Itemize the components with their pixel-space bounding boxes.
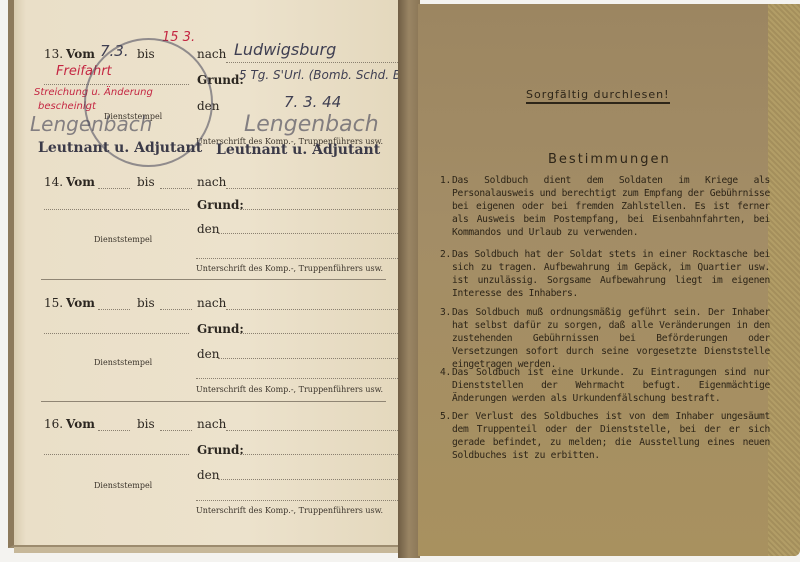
regulations-heading: Bestimmungen <box>548 152 671 167</box>
rule-text: Das Soldbuch hat der Soldat stets in ein… <box>452 249 770 299</box>
nach-label: nach <box>197 296 226 310</box>
cloth-binding-edge <box>768 4 800 556</box>
entry-number: 14. <box>44 175 63 189</box>
rule-number: 2. <box>440 248 451 261</box>
nach-label: nach <box>197 47 226 61</box>
rule-2: 2. Das Soldbuch hat der Soldat stets in … <box>452 248 770 300</box>
rule-4: 4. Das Soldbuch ist eine Urkunde. Zu Ein… <box>452 366 770 405</box>
right-page-cover: Sorgfältig durchlesen! Bestimmungen 1. D… <box>418 4 800 556</box>
vom-label: Vom <box>66 296 95 310</box>
rule-1: 1. Das Soldbuch dient dem Soldaten im Kr… <box>452 174 770 239</box>
nach-label: nach <box>197 175 226 189</box>
signature-label: Unterschrift des Komp.-, Truppenführers … <box>196 506 383 515</box>
grund-value: 5 Tg. S'Url. (Bomb. Schd. B.) <box>239 68 410 82</box>
read-carefully-title: Sorgfältig durchlesen! <box>526 88 670 104</box>
book-spine-gutter <box>398 0 420 558</box>
vom-label: Vom <box>66 417 95 431</box>
grund-label: Grund: <box>197 443 244 457</box>
stamp-label: Dienststempel <box>94 235 152 244</box>
rule-5: 5. Der Verlust des Soldbuches ist von de… <box>452 410 770 462</box>
entry-number: 16. <box>44 417 63 431</box>
den-label: den <box>197 347 220 361</box>
bis-label: bis <box>137 296 155 310</box>
den-label: den <box>197 468 220 482</box>
rule-3: 3. Das Soldbuch muß ordnungsmäßig geführ… <box>452 306 770 371</box>
rule-number: 4. <box>440 366 451 379</box>
divider <box>41 401 386 402</box>
rule-text: Das Soldbuch muß ordnungsmäßig geführt s… <box>452 307 770 370</box>
bis-label: bis <box>137 175 155 189</box>
rule-number: 5. <box>440 410 451 423</box>
signature-scrawl-1: Lengenbach <box>30 112 152 136</box>
den-value: 7. 3. 44 <box>284 93 341 111</box>
grund-label: Grund: <box>197 322 244 336</box>
bis-label: bis <box>137 417 155 431</box>
stamped-title-right: Leutnant u. Adjutant <box>216 142 380 158</box>
nach-label: nach <box>197 417 226 431</box>
stamped-title-left: Leutnant u. Adjutant <box>38 140 202 156</box>
signature-label: Unterschrift des Komp.-, Truppenführers … <box>196 385 383 394</box>
grund-label: Grund: <box>197 198 244 212</box>
stamp-label: Dienststempel <box>94 358 152 367</box>
left-page: 13. Vom 7.3. bis 15 3. nach Ludwigsburg … <box>8 0 400 548</box>
entry-number: 15. <box>44 296 63 310</box>
rule-text: Das Soldbuch dient dem Soldaten im Krieg… <box>452 175 770 238</box>
entry-number: 13. <box>44 47 63 61</box>
signature-label: Unterschrift des Komp.-, Truppenführers … <box>196 264 383 273</box>
rule-number: 3. <box>440 306 451 319</box>
vom-label: Vom <box>66 47 95 61</box>
stamp-label: Dienststempel <box>94 481 152 490</box>
den-label: den <box>197 222 220 236</box>
signature-scrawl-2: Lengenbach <box>244 112 379 137</box>
vom-label: Vom <box>66 175 95 189</box>
rule-text: Das Soldbuch ist eine Urkunde. Zu Eintra… <box>452 367 770 404</box>
rule-number: 1. <box>440 174 451 187</box>
rule-text: Der Verlust des Soldbuches ist von dem I… <box>452 411 770 461</box>
divider <box>41 279 386 280</box>
nach-value: Ludwigsburg <box>234 40 336 59</box>
